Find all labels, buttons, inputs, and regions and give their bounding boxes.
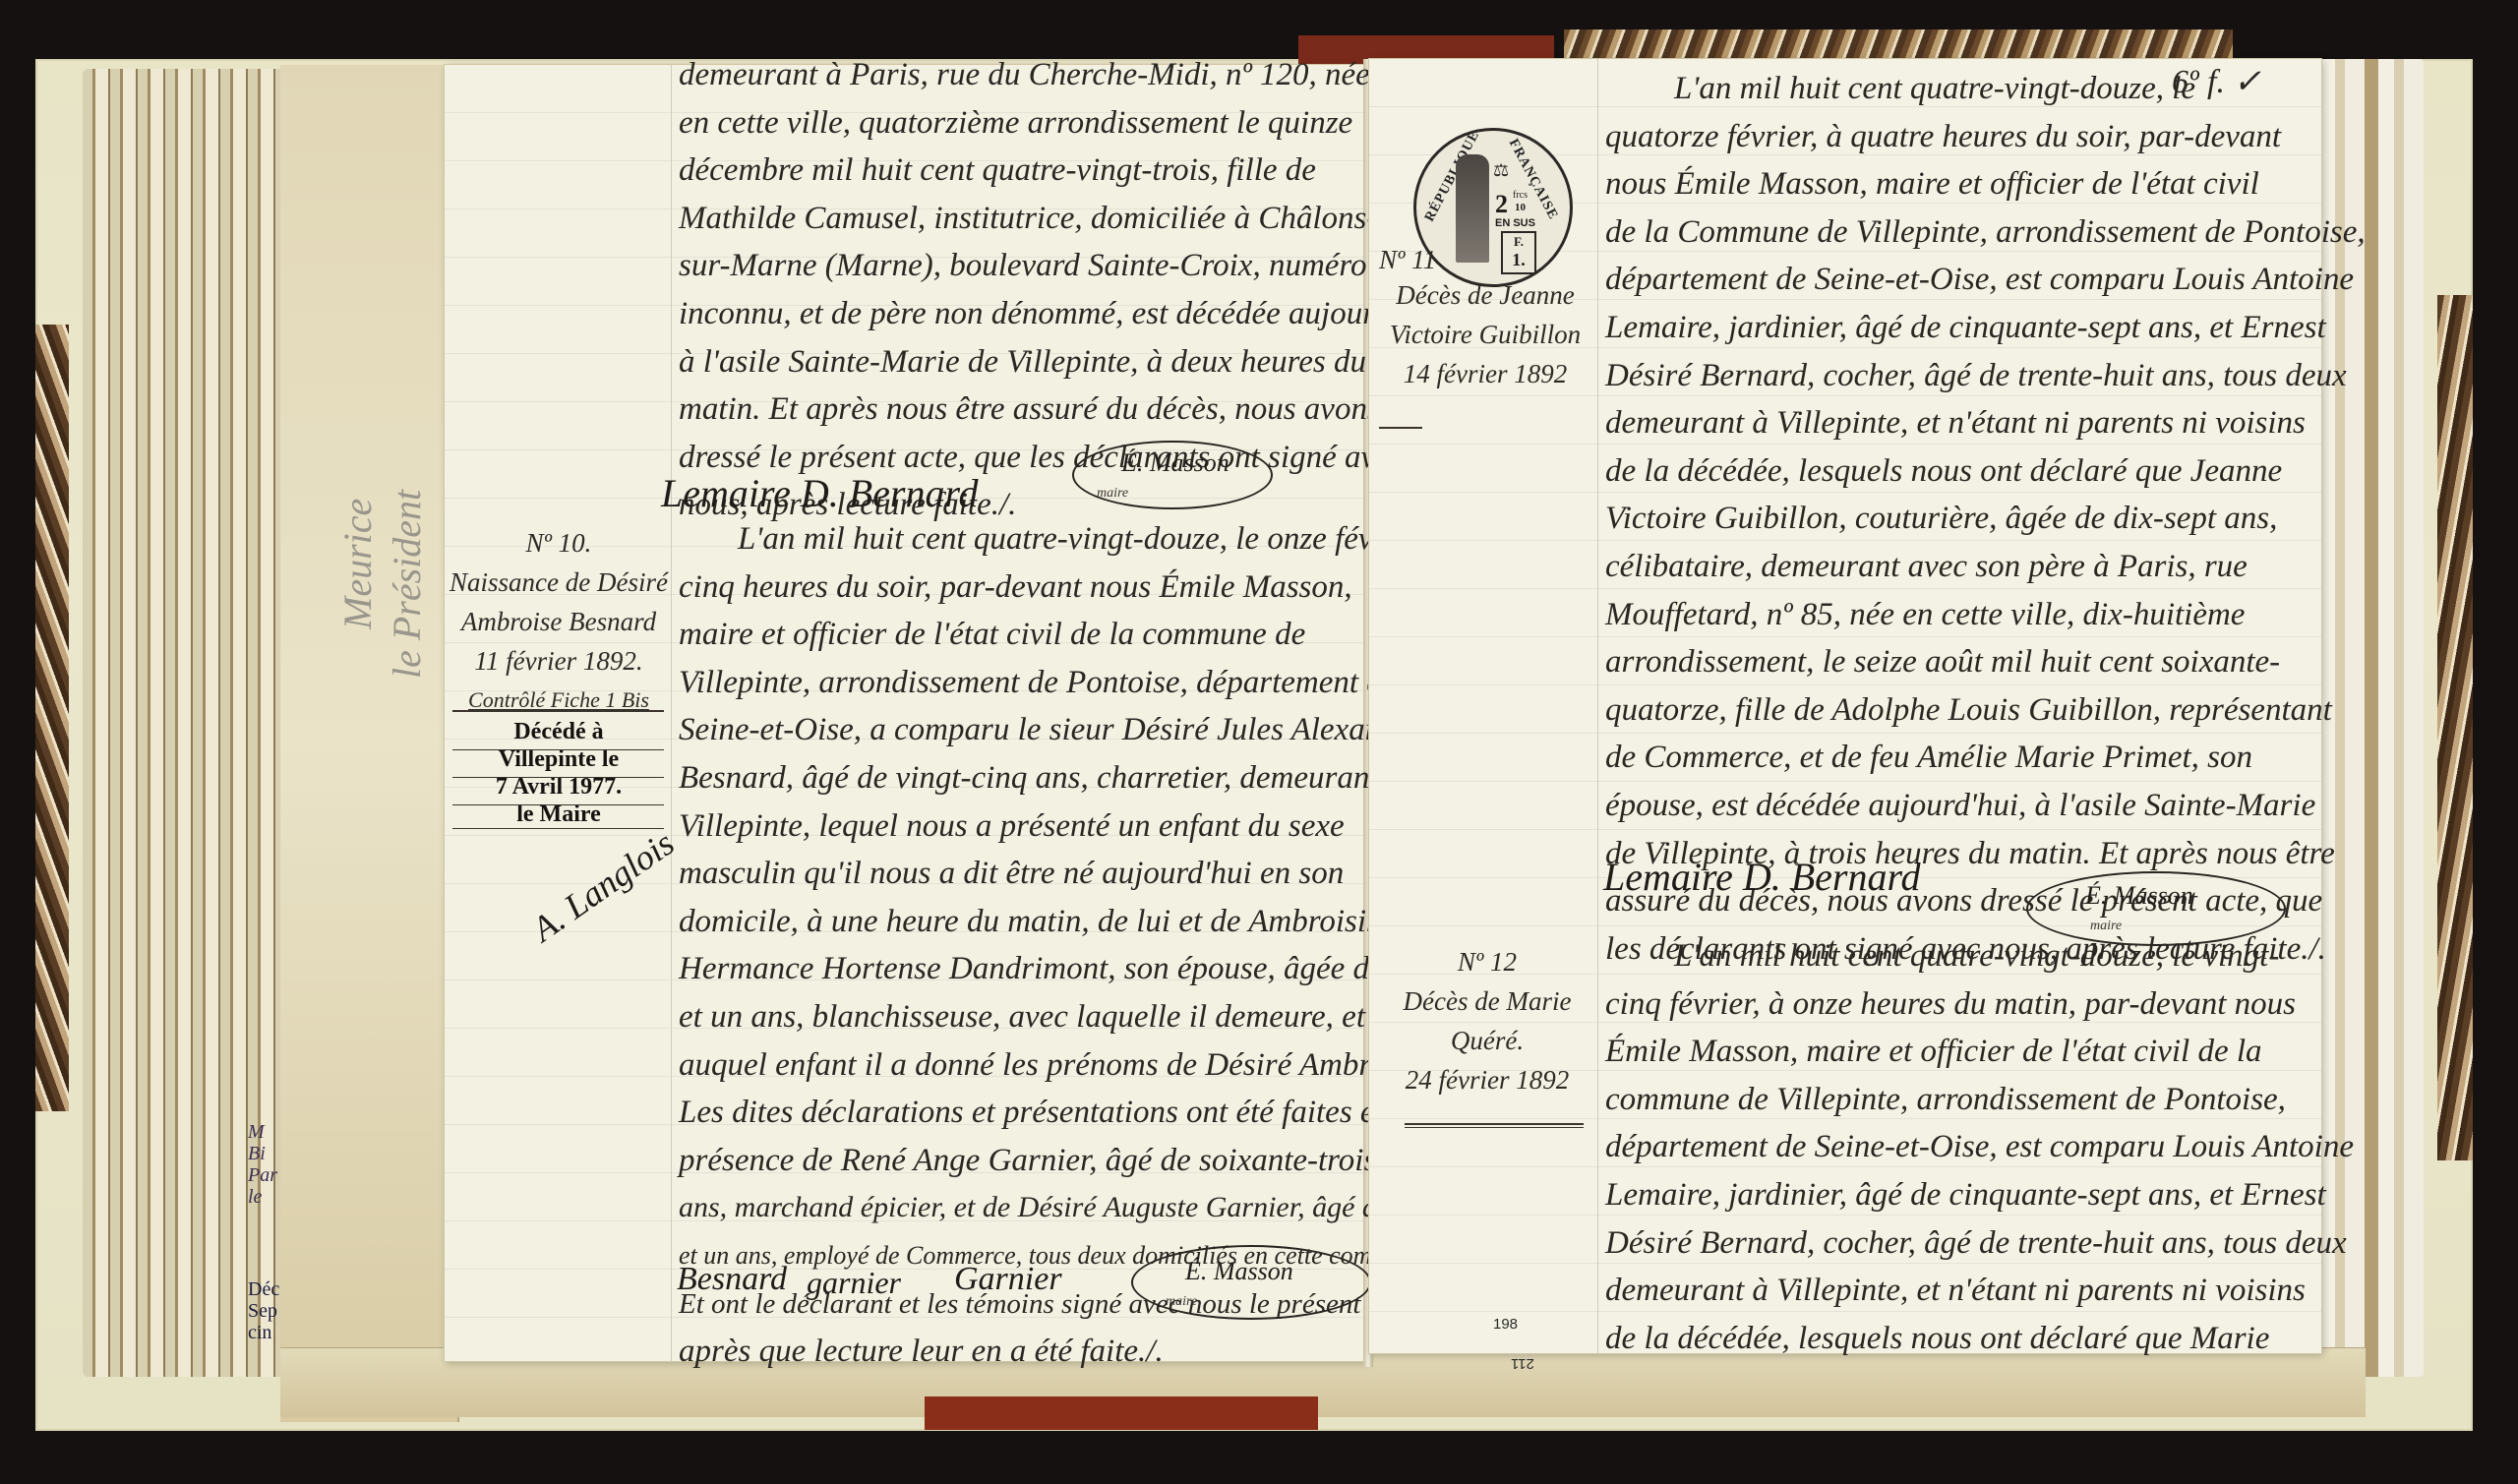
text-line: Mathilde Camusel, institutrice, domicili… <box>679 195 1447 243</box>
text-line: demeurant à Villepinte, et n'étant ni pa… <box>1605 399 2366 447</box>
text-line: Villepinte, lequel nous a présenté un en… <box>679 802 1466 851</box>
margin-rule-right <box>1597 59 1598 1353</box>
act-title-line: 14 février 1892 <box>1377 354 1593 393</box>
text-line: Victoire Guibillon, couturière, âgée de … <box>1605 495 2366 543</box>
act-10-margin: Nº 10. Naissance de Désiré Ambroise Besn… <box>448 523 670 720</box>
pencil-line: le Président <box>384 490 430 679</box>
act-number: Nº 10. <box>448 523 670 563</box>
text-line: quatorze février, à quatre heures du soi… <box>1605 113 2366 161</box>
text-line: Besnard, âgé de vingt-cinq ans, charreti… <box>679 754 1466 802</box>
text-line: de Commerce, et de feu Amélie Marie Prim… <box>1605 734 2366 782</box>
text-line: célibataire, demeurant avec son père à P… <box>1605 543 2366 591</box>
text-line: de la Commune de Villepinte, arrondissem… <box>1605 208 2366 257</box>
text-line: département de Seine-et-Oise, est compar… <box>1605 256 2366 304</box>
margin-rule-left <box>671 65 672 1361</box>
text-line: demeurant à Villepinte, et n'étant ni pa… <box>1605 1267 2354 1315</box>
tab-note-line: Bi <box>248 1143 277 1164</box>
control-note: Contrôlé Fiche 1 Bis <box>448 681 670 720</box>
tax-stamp: RÉPUBLIQUE FRANÇAISE ⚖ 2 frcs 10 EN SUS … <box>1413 128 1573 287</box>
text-line: Hermance Hortense Dandrimont, son épouse… <box>679 945 1466 993</box>
text-line: cinq heures du soir, par-devant nous Émi… <box>679 564 1466 612</box>
mayor-signature: É. Masson <box>2085 881 2193 911</box>
tab-note-line: Déc <box>248 1278 279 1300</box>
text-line: maire et officier de l'état civil de la … <box>679 611 1466 659</box>
act-title-line: 11 février 1892. <box>448 641 670 681</box>
death-mention: Décédé à Villepinte le 7 Avril 1977. le … <box>448 718 670 828</box>
justice-figure-icon <box>1456 154 1489 263</box>
mayor-title: maire <box>1166 1294 1197 1310</box>
witness-signatures: Lemaire D. Bernard <box>661 470 979 516</box>
declarant-signature: Besnard <box>677 1261 787 1298</box>
witness-signatures: Lemaire D. Bernard <box>1603 854 1921 900</box>
marbled-endpaper-right <box>2437 295 2473 1160</box>
tab-note-line: M <box>248 1121 277 1143</box>
tab-note-line: Sep <box>248 1300 279 1322</box>
margin-rule <box>452 804 664 805</box>
tab-note-lower: Déc Sep cin <box>248 1278 279 1343</box>
text-line: Désiré Bernard, cocher, âgé de trente-hu… <box>1605 352 2366 400</box>
folio-number: 198 <box>1493 1316 1518 1333</box>
tab-note-line: Par <box>248 1164 277 1186</box>
death-mention-line: Décédé à <box>448 718 670 745</box>
stamp-series-box: F. 1. <box>1501 231 1536 274</box>
tab-note-upper: M Bi Par le <box>248 1121 277 1208</box>
text-line: L'an mil huit cent quatre-vingt-douze, l… <box>679 515 1466 564</box>
margin-rule <box>452 749 664 750</box>
stamp-currency: frcs <box>1513 190 1528 201</box>
text-line: épouse, est décédée aujourd'hui, à l'asi… <box>1605 782 2366 830</box>
act-12-margin: Nº 12 Décès de Marie Quéré. 24 février 1… <box>1377 942 1597 1099</box>
stamp-series: F. <box>1503 233 1534 251</box>
text-line: Les dites déclarations et présentations … <box>679 1089 1466 1137</box>
act-title-line: Ambroise Besnard <box>448 602 670 641</box>
text-line: à l'asile Sainte-Marie de Villepinte, à … <box>679 338 1447 386</box>
act-11-body: L'an mil huit cent quatre-vingt-douze, l… <box>1605 65 2366 973</box>
text-line: nous Émile Masson, maire et officier de … <box>1605 160 2366 208</box>
marbled-endpaper-left <box>35 325 69 1111</box>
text-line: Villepinte, arrondissement de Pontoise, … <box>679 659 1466 707</box>
text-line: domicile, à une heure du matin, de lui e… <box>679 898 1466 946</box>
text-line: ans, marchand épicier, et de Désiré Augu… <box>679 1184 1466 1232</box>
text-line: Seine-et-Oise, a comparu le sieur Désiré… <box>679 706 1466 754</box>
margin-divider <box>452 710 664 712</box>
text-line: commune de Villepinte, arrondissement de… <box>1605 1076 2354 1124</box>
marginal-correction: 6º f. ✓ <box>2172 59 2261 107</box>
act-number: Nº 12 <box>1377 942 1597 981</box>
stamp-fraction: 10 <box>1515 202 1526 213</box>
pencil-line: Meurice <box>334 499 381 629</box>
text-line: L'an mil huit cent quatre-vingt-douze, l… <box>1605 932 2354 980</box>
text-line: sur-Marne (Marne), boulevard Sainte-Croi… <box>679 242 1447 290</box>
tab-note-line: cin <box>248 1322 279 1343</box>
text-line: matin. Et après nous être assuré du décè… <box>679 386 1447 434</box>
continuation-text: demeurant à Paris, rue du Cherche-Midi, … <box>679 51 1447 529</box>
text-line: après que lecture leur en a été faite./. <box>679 1328 1466 1376</box>
text-line: Mouffetard, nº 85, née en cette ville, d… <box>1605 591 2366 639</box>
witness-signature: Garnier <box>954 1261 1062 1298</box>
text-line: Désiré Bernard, cocher, âgé de trente-hu… <box>1605 1219 2354 1268</box>
witness-signature: garnier <box>807 1265 901 1301</box>
text-line: inconnu, et de père non dénommé, est déc… <box>679 290 1447 338</box>
act-title-line: Décès de Marie <box>1377 981 1597 1021</box>
folio-number-underlying: 211 <box>1511 1355 1534 1372</box>
margin-rule <box>452 777 664 778</box>
mayor-title: maire <box>1097 486 1128 502</box>
act-number: Nº 11 <box>1379 240 1418 279</box>
text-line: cinq février, à onze heures du matin, pa… <box>1605 980 2354 1029</box>
text-line: Lemaire, jardinier, âgé de cinquante-sep… <box>1605 304 2366 352</box>
act-title-line: Victoire Guibillon <box>1377 315 1593 354</box>
text-line: demeurant à Paris, rue du Cherche-Midi, … <box>679 51 1447 99</box>
margin-divider <box>1405 1123 1584 1125</box>
text-line: Lemaire, jardinier, âgé de cinquante-sep… <box>1605 1171 2354 1219</box>
stamp-value: 2 <box>1495 190 1508 219</box>
act-title-line: 24 février 1892 <box>1377 1060 1597 1099</box>
text-line: quatorze, fille de Adolphe Louis Guibill… <box>1605 686 2366 735</box>
act-title-line: Décès de Jeanne <box>1377 275 1593 315</box>
mayor-signature: É. Masson <box>1121 448 1229 478</box>
underlying-leaf <box>280 65 459 1422</box>
spine-binding-bottom <box>925 1396 1318 1430</box>
text-line: auquel enfant il a donné les prénoms de … <box>679 1041 1466 1090</box>
act-title-line: Quéré. <box>1377 1021 1597 1060</box>
margin-rule <box>452 828 664 829</box>
act-12-body: L'an mil huit cent quatre-vingt-douze, l… <box>1605 932 2354 1362</box>
text-line: masculin qu'il nous a dit être né aujour… <box>679 850 1466 898</box>
act-11-margin: Décès de Jeanne Victoire Guibillon 14 fé… <box>1377 275 1593 393</box>
stamp-en-sus: EN SUS <box>1495 217 1535 229</box>
tab-note-line: le <box>248 1186 277 1208</box>
text-line: et un ans, blanchisseuse, avec laquelle … <box>679 993 1466 1041</box>
stamp-series-number: 1. <box>1503 251 1534 268</box>
text-line: Émile Masson, maire et officier de l'éta… <box>1605 1028 2354 1076</box>
text-line: décembre mil huit cent quatre-vingt-troi… <box>679 147 1447 195</box>
margin-dash <box>1379 427 1422 429</box>
text-line: de la décédée, lesquels nous ont déclaré… <box>1605 1315 2354 1363</box>
text-line: arrondissement, le seize août mil huit c… <box>1605 638 2366 686</box>
text-line: département de Seine-et-Oise, est compar… <box>1605 1123 2354 1171</box>
act-10-body: L'an mil huit cent quatre-vingt-douze, l… <box>679 515 1466 1376</box>
scales-icon: ⚖ <box>1493 160 1509 181</box>
mayor-signature: É. Masson <box>1185 1257 1293 1286</box>
text-line: présence de René Ange Garnier, âgé de so… <box>679 1137 1466 1185</box>
text-line: en cette ville, quatorzième arrondisseme… <box>679 99 1447 148</box>
text-line: de la décédée, lesquels nous ont déclaré… <box>1605 447 2366 496</box>
margin-divider <box>1405 1127 1584 1128</box>
act-title-line: Naissance de Désiré <box>448 563 670 602</box>
